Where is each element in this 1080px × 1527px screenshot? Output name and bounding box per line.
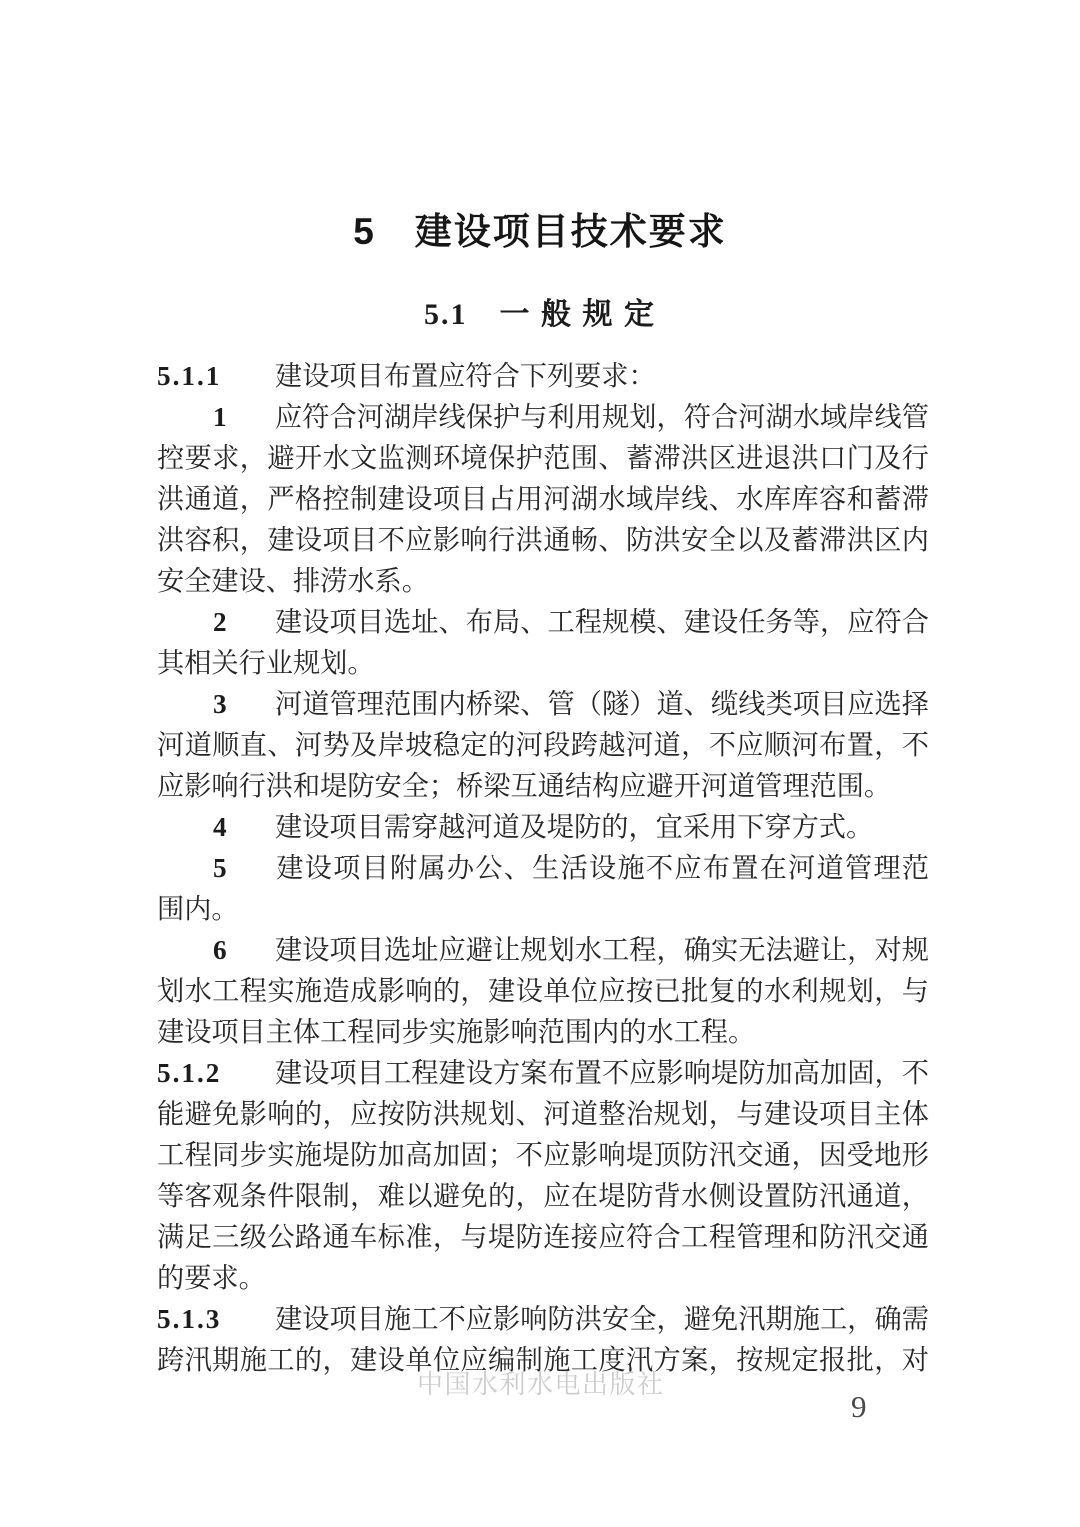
line-text: 工程同步实施堤防加高加固；不应影响堤顶防汛交通，因受地形 [157, 1140, 929, 1170]
clause-number: 5.1.1 [157, 356, 231, 397]
line-text: 建设项目需穿越河道及堤防的，宜采用下穿方式。 [275, 812, 873, 842]
text-line: 建设项目主体工程同步实施影响范围内的水工程。 [157, 1012, 929, 1053]
document-page: 5 建设项目技术要求 5.1 一 般 规 定 5.1.1建设项目布置应符合下列要… [0, 0, 1080, 1527]
line-text: 建设项目主体工程同步实施影响范围内的水工程。 [157, 1017, 755, 1047]
line-text: 满足三级公路通车标准，与堤防连接应符合工程管理和防汛交通 [157, 1222, 929, 1252]
line-text: 建设项目施工不应影响防洪安全，避免汛期施工，确需 [275, 1304, 929, 1334]
line-text: 应符合河湖岸线保护与利用规划，符合河湖水域岸线管 [275, 402, 929, 432]
text-line: 5.1.1建设项目布置应符合下列要求： [157, 356, 929, 397]
text-line: 6建设项目选址应避让规划水工程，确实无法避让，对规 [157, 930, 929, 971]
document-body: 5.1.1建设项目布置应符合下列要求：1应符合河湖岸线保护与利用规划，符合河湖水… [157, 356, 929, 1381]
text-line: 2建设项目选址、布局、工程规模、建设任务等，应符合 [157, 602, 929, 643]
line-text: 能避免影响的，应按防洪规划、河道整治规划，与建设项目主体 [157, 1099, 929, 1129]
text-line: 的要求。 [157, 1258, 929, 1299]
text-line: 安全建设、排涝水系。 [157, 561, 929, 602]
text-line: 5.1.3建设项目施工不应影响防洪安全，避免汛期施工，确需 [157, 1299, 929, 1340]
line-text: 河道顺直、河势及岸坡稳定的河段跨越河道，不应顺河布置，不 [157, 730, 929, 760]
chapter-title: 5 建设项目技术要求 [0, 212, 1080, 253]
line-text: 应影响行洪和堤防安全；桥梁互通结构应避开河道管理范围。 [157, 771, 891, 801]
text-line: 4建设项目需穿越河道及堤防的，宜采用下穿方式。 [157, 807, 929, 848]
item-number: 6 [213, 930, 229, 971]
item-number: 1 [213, 397, 229, 438]
line-text: 建设项目布置应符合下列要求： [275, 361, 656, 391]
text-line: 工程同步实施堤防加高加固；不应影响堤顶防汛交通，因受地形 [157, 1135, 929, 1176]
line-text: 建设项目选址应避让规划水工程，确实无法避让，对规 [275, 935, 929, 965]
line-text: 建设项目工程建设方案布置不应影响堤防加高加固，不 [275, 1058, 929, 1088]
item-number: 5 [213, 848, 229, 889]
line-text: 建设项目选址、布局、工程规模、建设任务等，应符合 [275, 607, 929, 637]
line-text: 控要求，避开水文监测环境保护范围、蓄滞洪区进退洪口门及行 [157, 443, 929, 473]
line-text: 洪通道，严格控制建设项目占用河湖水域岸线、水库库容和蓄滞 [157, 484, 929, 514]
text-line: 控要求，避开水文监测环境保护范围、蓄滞洪区进退洪口门及行 [157, 438, 929, 479]
item-number: 3 [213, 684, 229, 725]
line-text: 的要求。 [157, 1263, 266, 1293]
text-line: 5建设项目附属办公、生活设施不应布置在河道管理范 [157, 848, 929, 889]
publisher-watermark: 中国水利水电出版社 [417, 1369, 665, 1400]
page-number: 9 [851, 1388, 867, 1425]
text-line: 1应符合河湖岸线保护与利用规划，符合河湖水域岸线管 [157, 397, 929, 438]
line-text: 其相关行业规划。 [157, 648, 375, 678]
text-line: 划水工程实施造成影响的，建设单位应按已批复的水利规划，与 [157, 971, 929, 1012]
clause-number: 5.1.3 [157, 1299, 231, 1340]
text-line: 等客观条件限制，难以避免的，应在堤防背水侧设置防汛通道， [157, 1176, 929, 1217]
text-line: 其相关行业规划。 [157, 643, 929, 684]
text-line: 满足三级公路通车标准，与堤防连接应符合工程管理和防汛交通 [157, 1217, 929, 1258]
text-line: 河道顺直、河势及岸坡稳定的河段跨越河道，不应顺河布置，不 [157, 725, 929, 766]
text-line: 能避免影响的，应按防洪规划、河道整治规划，与建设项目主体 [157, 1094, 929, 1135]
line-text: 划水工程实施造成影响的，建设单位应按已批复的水利规划，与 [157, 976, 929, 1006]
text-line: 5.1.2建设项目工程建设方案布置不应影响堤防加高加固，不 [157, 1053, 929, 1094]
text-line: 应影响行洪和堤防安全；桥梁互通结构应避开河道管理范围。 [157, 766, 929, 807]
text-line: 洪通道，严格控制建设项目占用河湖水域岸线、水库库容和蓄滞 [157, 479, 929, 520]
clause-number: 5.1.2 [157, 1053, 231, 1094]
line-text: 河道管理范围内桥梁、管（隧）道、缆线类项目应选择 [275, 689, 929, 719]
text-line: 洪容积，建设项目不应影响行洪通畅、防洪安全以及蓄滞洪区内 [157, 520, 929, 561]
line-text: 建设项目附属办公、生活设施不应布置在河道管理范 [275, 853, 929, 883]
section-heading: 5.1 一 般 规 定 [0, 298, 1080, 331]
line-text: 围内。 [157, 894, 239, 924]
text-line: 3河道管理范围内桥梁、管（隧）道、缆线类项目应选择 [157, 684, 929, 725]
item-number: 2 [213, 602, 229, 643]
line-text: 洪容积，建设项目不应影响行洪通畅、防洪安全以及蓄滞洪区内 [157, 525, 929, 555]
line-text: 安全建设、排涝水系。 [157, 566, 429, 596]
line-text: 等客观条件限制，难以避免的，应在堤防背水侧设置防汛通道， [157, 1181, 929, 1211]
text-line: 围内。 [157, 889, 929, 930]
item-number: 4 [213, 807, 229, 848]
